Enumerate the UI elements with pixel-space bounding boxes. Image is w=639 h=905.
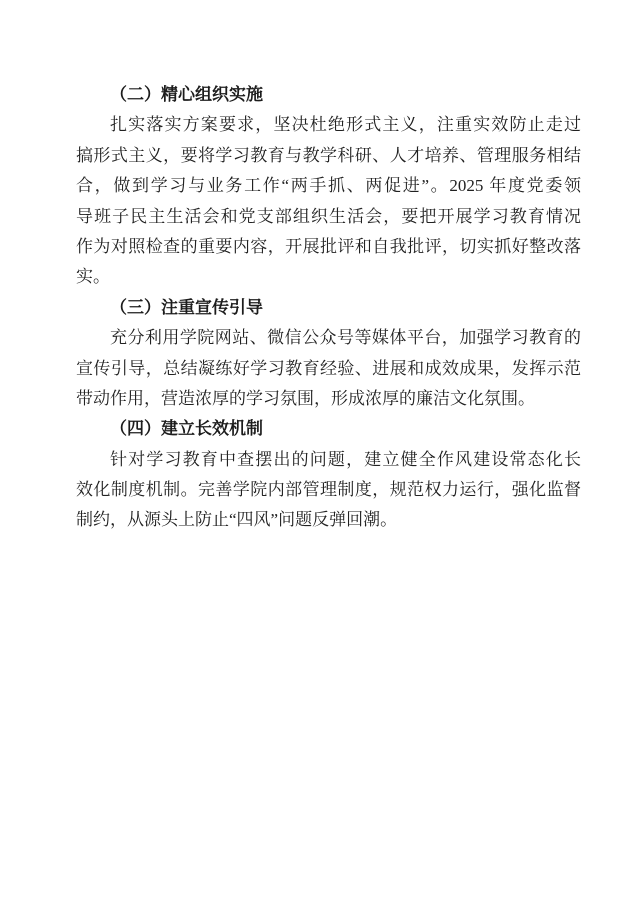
paragraph-line: 合，做到学习与业务工作“两手抓、两促进”。2025 年度党委领 — [76, 171, 581, 201]
section-heading: （三）注重宣传引导 — [76, 293, 581, 323]
section-heading: （二）精心组织实施 — [76, 80, 581, 110]
paragraph-line: 导班子民主生活会和党支部组织生活会，要把开展学习教育情况 — [76, 202, 581, 232]
paragraph-line: 作为对照检查的重要内容，开展批评和自我批评，切实抓好整改落 — [76, 232, 581, 262]
paragraph-line: 制约，从源头上防止“四风”问题反弹回潮。 — [76, 505, 581, 535]
paragraph-line: 实。 — [76, 262, 581, 292]
paragraph-line: 针对学习教育中查摆出的问题，建立健全作风建设常态化长 — [76, 445, 581, 475]
section-heading: （四）建立长效机制 — [76, 414, 581, 444]
section-organize-implementation: （二）精心组织实施 扎实落实方案要求，坚决杜绝形式主义，注重实效防止走过场、 搞… — [76, 80, 581, 293]
document-page: （二）精心组织实施 扎实落实方案要求，坚决杜绝形式主义，注重实效防止走过场、 搞… — [0, 0, 639, 905]
paragraph-line: 搞形式主义，要将学习教育与教学科研、人才培养、管理服务相结 — [76, 141, 581, 171]
paragraph-line: 扎实落实方案要求，坚决杜绝形式主义，注重实效防止走过场、 — [76, 110, 581, 140]
document-body: （二）精心组织实施 扎实落实方案要求，坚决杜绝形式主义，注重实效防止走过场、 搞… — [76, 80, 581, 536]
paragraph-line: 效化制度机制。完善学院内部管理制度，规范权力运行，强化监督 — [76, 475, 581, 505]
section-long-term-mechanism: （四）建立长效机制 针对学习教育中查摆出的问题，建立健全作风建设常态化长 效化制… — [76, 414, 581, 536]
section-publicity-guidance: （三）注重宣传引导 充分利用学院网站、微信公众号等媒体平台，加强学习教育的 宣传… — [76, 293, 581, 415]
paragraph-line: 带动作用，营造浓厚的学习氛围，形成浓厚的廉洁文化氛围。 — [76, 384, 581, 414]
paragraph-line: 宣传引导，总结凝练好学习教育经验、进展和成效成果，发挥示范 — [76, 354, 581, 384]
paragraph-line: 充分利用学院网站、微信公众号等媒体平台，加强学习教育的 — [76, 323, 581, 353]
